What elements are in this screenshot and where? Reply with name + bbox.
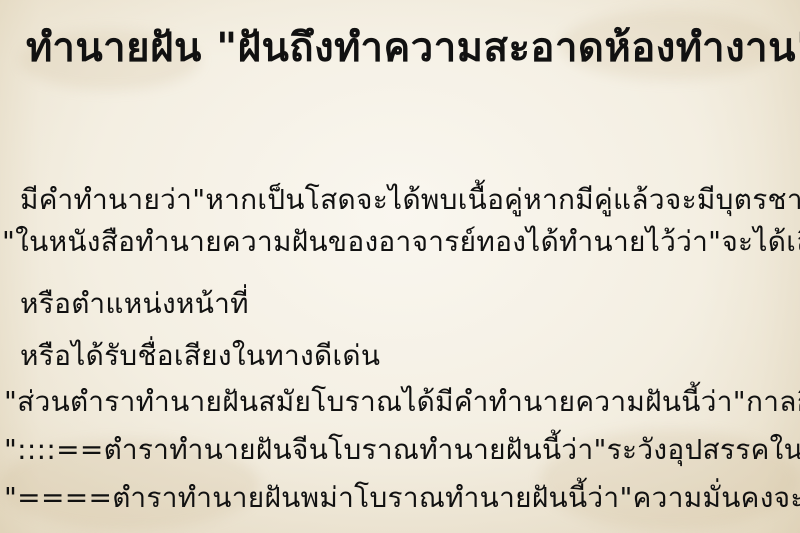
interpretation-line: "::::==ตำราทำนายฝันจีนโบราณทำนายฝันนี้ว่… <box>4 430 800 470</box>
interpretation-line: หรือตำแหน่งหน้าที่ <box>20 284 249 324</box>
interpretation-line: "ในหนังสือทำนายความฝันของอาจารย์ทองได้ทำ… <box>2 222 800 262</box>
interpretation-line: มีคำทำนายว่า"หากเป็นโสดจะได้พบเนื้อคู่หา… <box>20 180 800 220</box>
dream-title: ทำนายฝัน "ฝันถึงทำความสะอาดห้องทำงาน" <box>26 18 800 78</box>
interpretation-line: "====ตำราทำนายฝันพม่าโบราณทำนายฝันนี้ว่า… <box>4 478 800 518</box>
interpretation-line: หรือได้รับชื่อเสียงในทางดีเด่น <box>20 336 380 376</box>
interpretation-line: "ส่วนตำราทำนายฝันสมัยโบราณได้มีคำทำนายคว… <box>4 382 800 422</box>
